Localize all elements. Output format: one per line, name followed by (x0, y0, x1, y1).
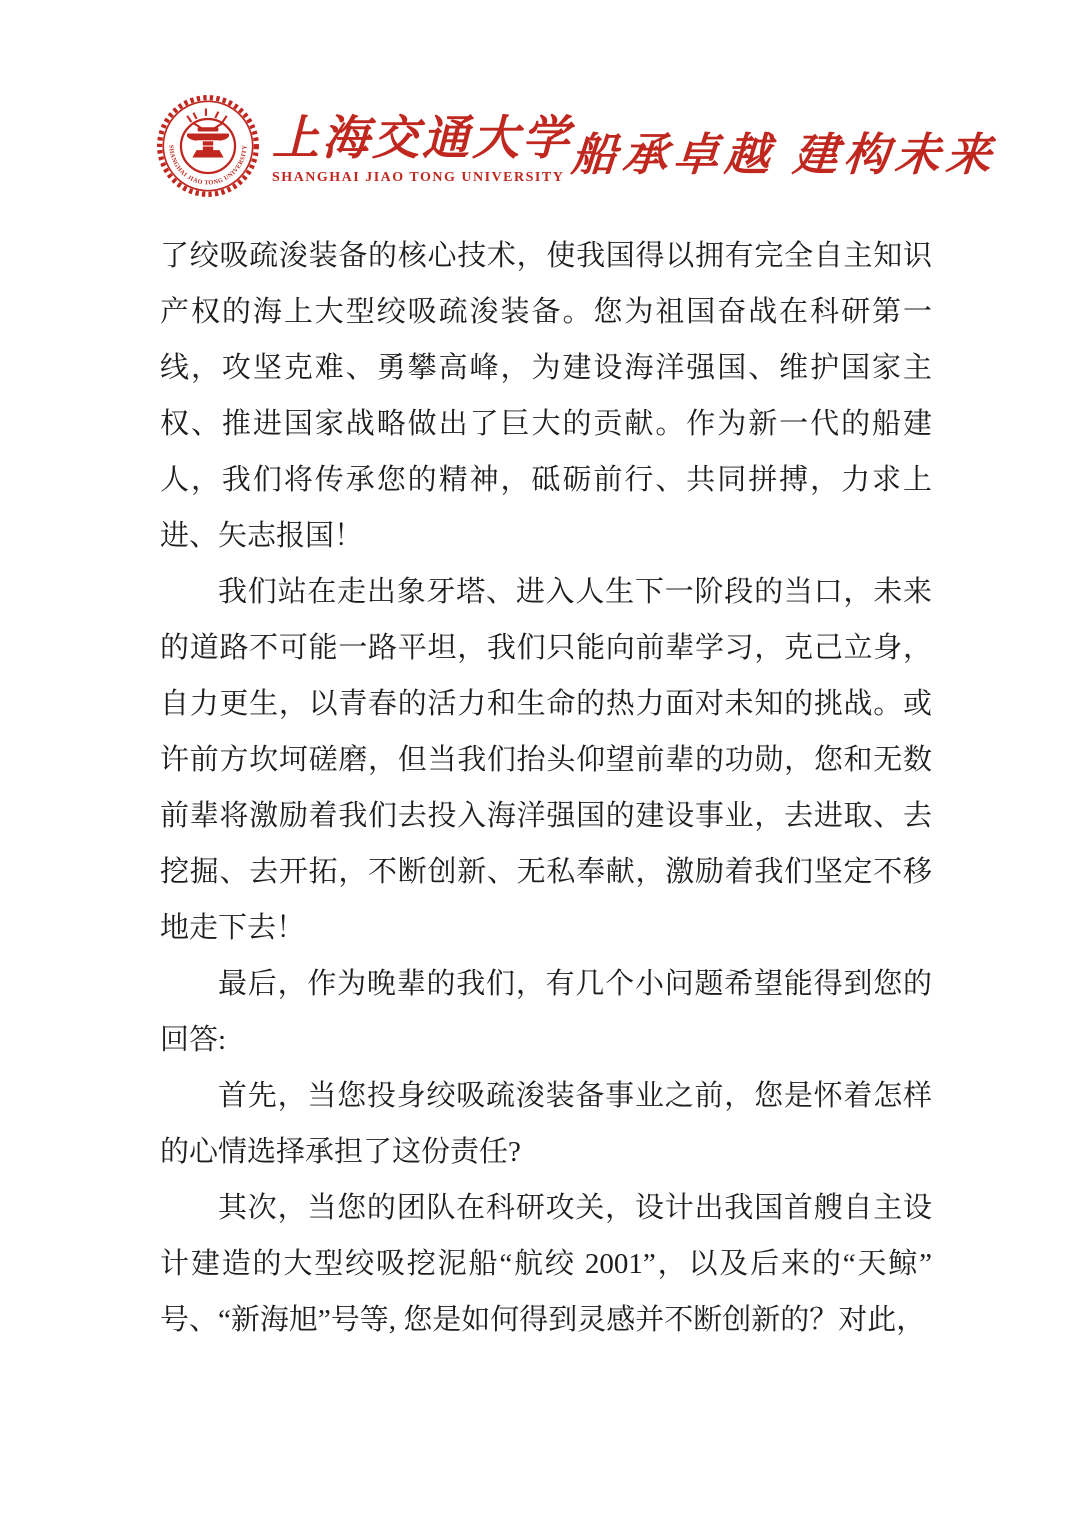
header-slogan: 船承卓越 建构未来 (570, 118, 1000, 183)
sjtu-seal-icon: SHANGHAI JIAO TONG UNIVERSITY (156, 94, 260, 198)
university-name-cn: 上海交通大学 (272, 112, 572, 166)
anvil-icon (187, 123, 229, 157)
letter-paragraph: 其次，当您的团队在科研攻关，设计出我国首艘自主设计建造的大型绞吸挖泥船“航绞 2… (160, 1180, 932, 1348)
letter-paragraph: 我们站在走出象牙塔、进入人生下一阶段的当口，未来的道路不可能一路平坦，我们只能向… (160, 564, 932, 956)
university-names: 上海交通大学 SHANGHAI JIAO TONG UNIVERSITY (272, 112, 572, 186)
university-logo: SHANGHAI JIAO TONG UNIVERSITY 上海交通大学 SHA… (156, 94, 572, 198)
letter-paragraph: 了绞吸疏浚装备的核心技术，使我国得以拥有完全自主知识产权的海上大型绞吸疏浚装备。… (160, 228, 932, 564)
document-page: SHANGHAI JIAO TONG UNIVERSITY 上海交通大学 SHA… (0, 0, 1080, 1527)
letter-body: 了绞吸疏浚装备的核心技术，使我国得以拥有完全自主知识产权的海上大型绞吸疏浚装备。… (160, 228, 932, 1348)
letterhead: SHANGHAI JIAO TONG UNIVERSITY 上海交通大学 SHA… (156, 94, 954, 198)
letter-paragraph: 首先，当您投身绞吸疏浚装备事业之前，您是怀着怎样的心情选择承担了这份责任? (160, 1068, 932, 1180)
university-name-en: SHANGHAI JIAO TONG UNIVERSITY (272, 170, 572, 186)
letter-paragraph: 最后，作为晚辈的我们，有几个小问题希望能得到您的回答: (160, 956, 932, 1068)
